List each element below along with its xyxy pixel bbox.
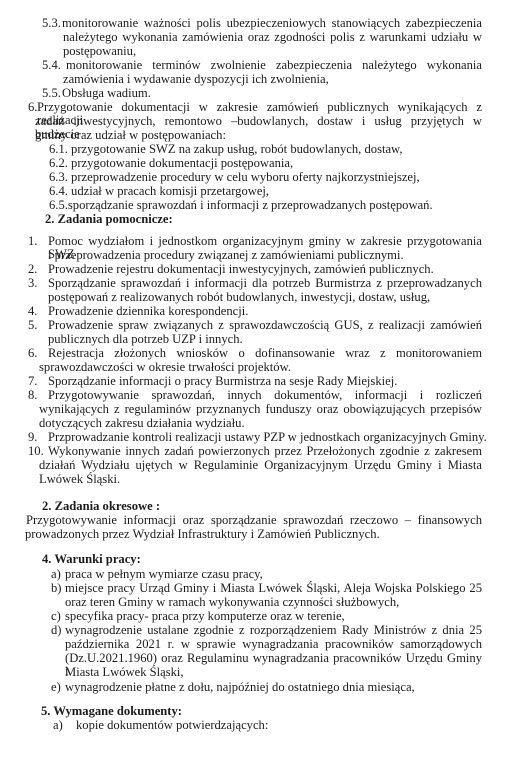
item-number: 5.4. (42, 59, 61, 72)
subitem: 6.1. przygotowanie SWZ na zakup usług, r… (49, 143, 403, 156)
paragraph: Przygotowywanie informacji oraz sporządz… (26, 514, 482, 527)
item-number: 5.5. (42, 87, 61, 100)
section-heading: 2. Zadania pomocnicze: (45, 213, 173, 226)
section-heading: 5. Wymagane dokumenty: (41, 705, 182, 718)
subitem: 6.2. przygotowanie dokumentacji postępow… (49, 157, 293, 170)
subitem: 6.3. przeprowadzenie procedury w celu wy… (49, 171, 420, 184)
subitem: 6.4. udział w pracach komisji przetargow… (49, 185, 269, 198)
section-heading: 2. Zadania okresowe : (42, 500, 160, 513)
section-heading: 4. Warunki pracy: (42, 553, 141, 566)
subitem: 6.5.sporządzanie sprawozdań i informacji… (49, 199, 433, 212)
item-number: 5.3. (42, 17, 61, 30)
paragraph: prowadzonych przez Wydział Infrastruktur… (25, 528, 380, 541)
